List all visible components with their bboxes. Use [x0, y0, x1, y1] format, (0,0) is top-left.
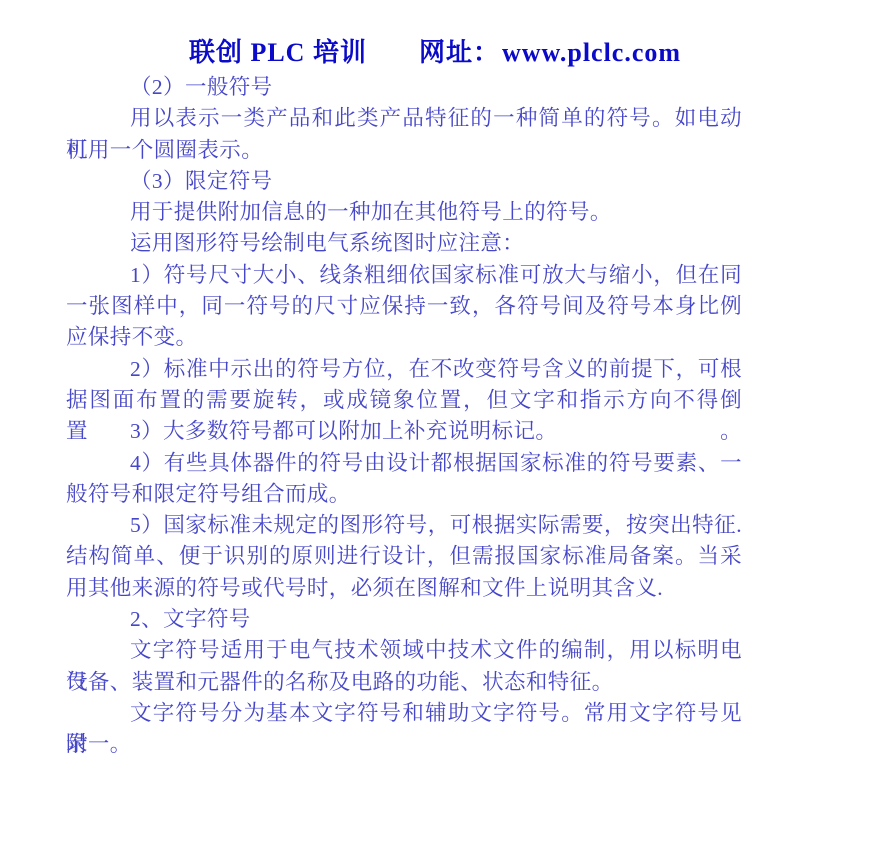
- text-line: 用其他来源的符号或代号时，必须在图解和文件上说明其含义.: [66, 573, 742, 604]
- brand-title: 联创 PLC 培训: [189, 38, 367, 67]
- text-line: 用于提供附加信息的一种加在其他符号上的符号。: [66, 197, 742, 228]
- text-line: 应保持不变。: [66, 322, 742, 353]
- text-line: 5）国家标准未规定的图形符号，可根据实际需要，按突出特征.: [66, 510, 742, 541]
- text-line: 文字符号分为基本文字符号和辅助文字符号。常用文字符号见附: [66, 698, 742, 729]
- text-line: 一张图样中，同一符号的尺寸应保持一致，各符号间及符号本身比例: [66, 291, 742, 322]
- text-line: 般符号和限定符号组合而成。: [66, 479, 742, 510]
- text-line: 用以表示一类产品和此类产品特征的一种简单的符号。如电动机: [66, 103, 742, 134]
- text-line: 2、文字符号: [66, 604, 742, 635]
- site-url: www.plclc.com: [502, 38, 681, 67]
- text-line: 1）符号尺寸大小、线条粗细依国家标准可放大与缩小，但在同: [66, 260, 742, 291]
- document-header: 联创 PLC 培训网址：www.plclc.com: [0, 0, 870, 68]
- text-line: 结构简单、便于识别的原则进行设计，但需报国家标准局备案。当采: [66, 541, 742, 572]
- document-page: 联创 PLC 培训网址：www.plclc.com （2）一般符号用以表示一类产…: [0, 0, 870, 842]
- site-url-label: 网址：: [419, 38, 500, 67]
- text-line: （3）限定符号: [66, 166, 742, 197]
- text-line: （2）一般符号: [66, 72, 742, 103]
- text-line: 设备、装置和元器件的名称及电路的功能、状态和特征。: [66, 667, 742, 698]
- text-line: 2）标准中示出的符号方位，在不改变符号含义的前提下，可根: [66, 354, 742, 385]
- text-line: 据图面布置的需要旋转，或成镜象位置，但文字和指示方向不得倒置。: [66, 385, 742, 416]
- text-line: 录一。: [66, 729, 742, 760]
- text-line: 可用一个圆圈表示。: [66, 135, 742, 166]
- document-body: （2）一般符号用以表示一类产品和此类产品特征的一种简单的符号。如电动机可用一个圆…: [66, 72, 742, 761]
- text-line: 文字符号适用于电气技术领域中技术文件的编制，用以标明电气: [66, 635, 742, 666]
- text-line: 4）有些具体器件的符号由设计都根据国家标准的符号要素、一: [66, 448, 742, 479]
- text-line: 运用图形符号绘制电气系统图时应注意：: [66, 228, 742, 259]
